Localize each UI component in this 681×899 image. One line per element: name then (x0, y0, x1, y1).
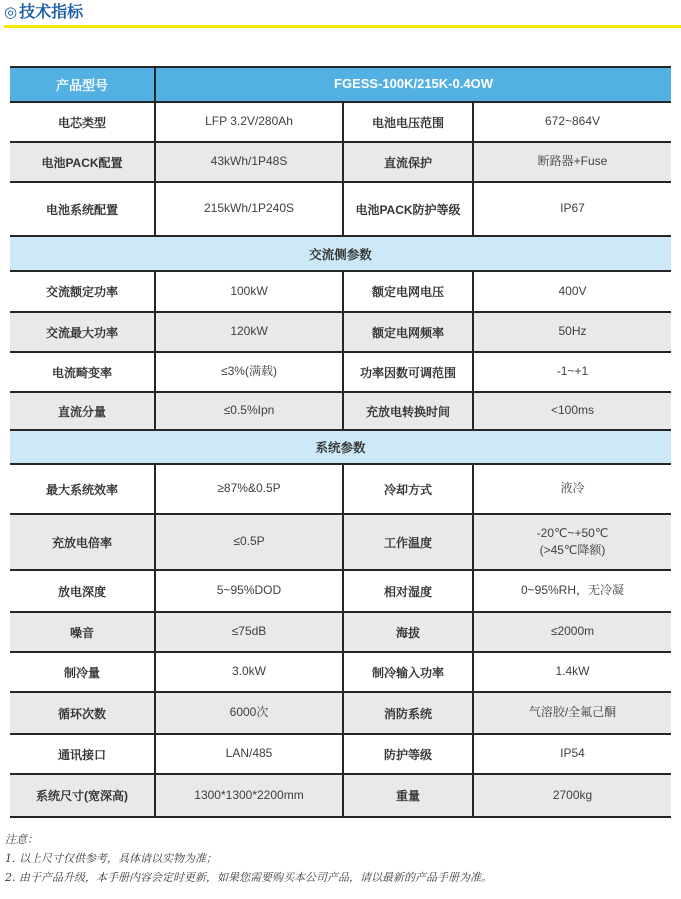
section-title: 交流侧参数 (10, 236, 671, 271)
model-value: FGESS-100K/215K-0.4OW (155, 67, 671, 102)
spec-label: 循环次数 (10, 692, 155, 734)
spec-row: 最大系统效率≥87%&0.5P冷却方式液冷 (10, 464, 671, 514)
spec-value: IP67 (473, 182, 671, 236)
spec-label: 交流额定功率 (10, 271, 155, 312)
spec-value: 100kW (155, 271, 343, 312)
note-line-1: 1. 以上尺寸仅供参考，具体请以实物为准； (5, 849, 681, 868)
spec-row: 放电深度5~95%DOD相对湿度0~95%RH，无冷凝 (10, 570, 671, 612)
spec-label: 电芯类型 (10, 102, 155, 142)
spec-label: 通讯接口 (10, 734, 155, 774)
spec-row: 电池PACK配置43kWh/1P48S直流保护断路器+Fuse (10, 142, 671, 182)
spec-label: 电池电压范围 (343, 102, 473, 142)
spec-table-body: 产品型号FGESS-100K/215K-0.4OW电芯类型LFP 3.2V/28… (10, 67, 671, 817)
spec-row: 电芯类型LFP 3.2V/280Ah电池电压范围672~864V (10, 102, 671, 142)
spec-row: 电池系统配置215kWh/1P240S电池PACK防护等级IP67 (10, 182, 671, 236)
spec-label: 相对湿度 (343, 570, 473, 612)
spec-value: 672~864V (473, 102, 671, 142)
spec-row: 直流分量≤0.5%Ipn充放电转换时间<100ms (10, 392, 671, 430)
model-header-row: 产品型号FGESS-100K/215K-0.4OW (10, 67, 671, 102)
page: ◎技术指标 产品型号FGESS-100K/215K-0.4OW电芯类型LFP 3… (0, 0, 681, 899)
spec-value: LFP 3.2V/280Ah (155, 102, 343, 142)
notes-heading: 注意： (5, 830, 681, 849)
model-label: 产品型号 (10, 67, 155, 102)
section-row: 交流侧参数 (10, 236, 671, 271)
spec-row: 电流畸变率≤3%(满载)功率因数可调范围-1~+1 (10, 352, 671, 392)
page-title: ◎技术指标 (4, 3, 681, 22)
spec-value: 液冷 (473, 464, 671, 514)
spec-label: 充放电转换时间 (343, 392, 473, 430)
spec-row: 循环次数6000次消防系统气溶胶/全氟己酮 (10, 692, 671, 734)
spec-value: -1~+1 (473, 352, 671, 392)
spec-value: ≤2000m (473, 612, 671, 652)
spec-label: 充放电倍率 (10, 514, 155, 570)
spec-label: 功率因数可调范围 (343, 352, 473, 392)
spec-value: 120kW (155, 312, 343, 352)
spec-value: ≤0.5P (155, 514, 343, 570)
spec-value: 5~95%DOD (155, 570, 343, 612)
spec-value: ≤3%(满载) (155, 352, 343, 392)
title-underline (4, 25, 681, 28)
spec-label: 重量 (343, 774, 473, 817)
spec-label: 消防系统 (343, 692, 473, 734)
spec-value: ≤75dB (155, 612, 343, 652)
spec-label: 海拔 (343, 612, 473, 652)
spec-label: 制冷输入功率 (343, 652, 473, 692)
spec-label: 系统尺寸(宽深高) (10, 774, 155, 817)
spec-value: 1.4kW (473, 652, 671, 692)
spec-label: 最大系统效率 (10, 464, 155, 514)
spec-row: 交流最大功率120kW额定电网频率50Hz (10, 312, 671, 352)
spec-value: 3.0kW (155, 652, 343, 692)
spec-value: 50Hz (473, 312, 671, 352)
spec-value: 1300*1300*2200mm (155, 774, 343, 817)
spec-label: 电池PACK防护等级 (343, 182, 473, 236)
spec-label: 交流最大功率 (10, 312, 155, 352)
spec-value: 43kWh/1P48S (155, 142, 343, 182)
spec-label: 额定电网频率 (343, 312, 473, 352)
spec-table: 产品型号FGESS-100K/215K-0.4OW电芯类型LFP 3.2V/28… (10, 66, 671, 818)
spec-value: LAN/485 (155, 734, 343, 774)
spec-label: 防护等级 (343, 734, 473, 774)
spec-value: IP54 (473, 734, 671, 774)
spec-value: 400V (473, 271, 671, 312)
section-title: 系统参数 (10, 430, 671, 464)
page-header: ◎技术指标 (0, 0, 681, 28)
spec-value: -20℃~+50℃ (>45℃降额) (473, 514, 671, 570)
spec-label: 额定电网电压 (343, 271, 473, 312)
spec-row: 充放电倍率≤0.5P工作温度-20℃~+50℃ (>45℃降额) (10, 514, 671, 570)
spec-value: ≤0.5%Ipn (155, 392, 343, 430)
spec-label: 电池PACK配置 (10, 142, 155, 182)
spec-label: 工作温度 (343, 514, 473, 570)
spec-value: 215kWh/1P240S (155, 182, 343, 236)
spec-value: <100ms (473, 392, 671, 430)
spec-row: 噪音≤75dB海拔≤2000m (10, 612, 671, 652)
spec-value: 气溶胶/全氟己酮 (473, 692, 671, 734)
note-line-2: 2. 由于产品升级，本手册内容会定时更新，如果您需要购买本公司产品，请以最新的产… (5, 868, 681, 887)
spec-label: 冷却方式 (343, 464, 473, 514)
spec-value: ≥87%&0.5P (155, 464, 343, 514)
spec-label: 放电深度 (10, 570, 155, 612)
spec-label: 直流保护 (343, 142, 473, 182)
spec-row: 制冷量3.0kW制冷输入功率1.4kW (10, 652, 671, 692)
spec-value: 2700kg (473, 774, 671, 817)
spec-value: 断路器+Fuse (473, 142, 671, 182)
spec-label: 电流畸变率 (10, 352, 155, 392)
spec-label: 直流分量 (10, 392, 155, 430)
spec-label: 制冷量 (10, 652, 155, 692)
spec-row: 通讯接口LAN/485防护等级IP54 (10, 734, 671, 774)
spec-label: 噪音 (10, 612, 155, 652)
spec-label: 电池系统配置 (10, 182, 155, 236)
spec-value: 6000次 (155, 692, 343, 734)
notes: 注意： 1. 以上尺寸仅供参考，具体请以实物为准； 2. 由于产品升级，本手册内… (5, 830, 681, 887)
spec-row: 交流额定功率100kW额定电网电压400V (10, 271, 671, 312)
page-title-text: 技术指标 (19, 3, 83, 22)
spec-value: 0~95%RH，无冷凝 (473, 570, 671, 612)
spec-row: 系统尺寸(宽深高)1300*1300*2200mm重量2700kg (10, 774, 671, 817)
bullseye-icon: ◎ (4, 5, 17, 20)
section-row: 系统参数 (10, 430, 671, 464)
